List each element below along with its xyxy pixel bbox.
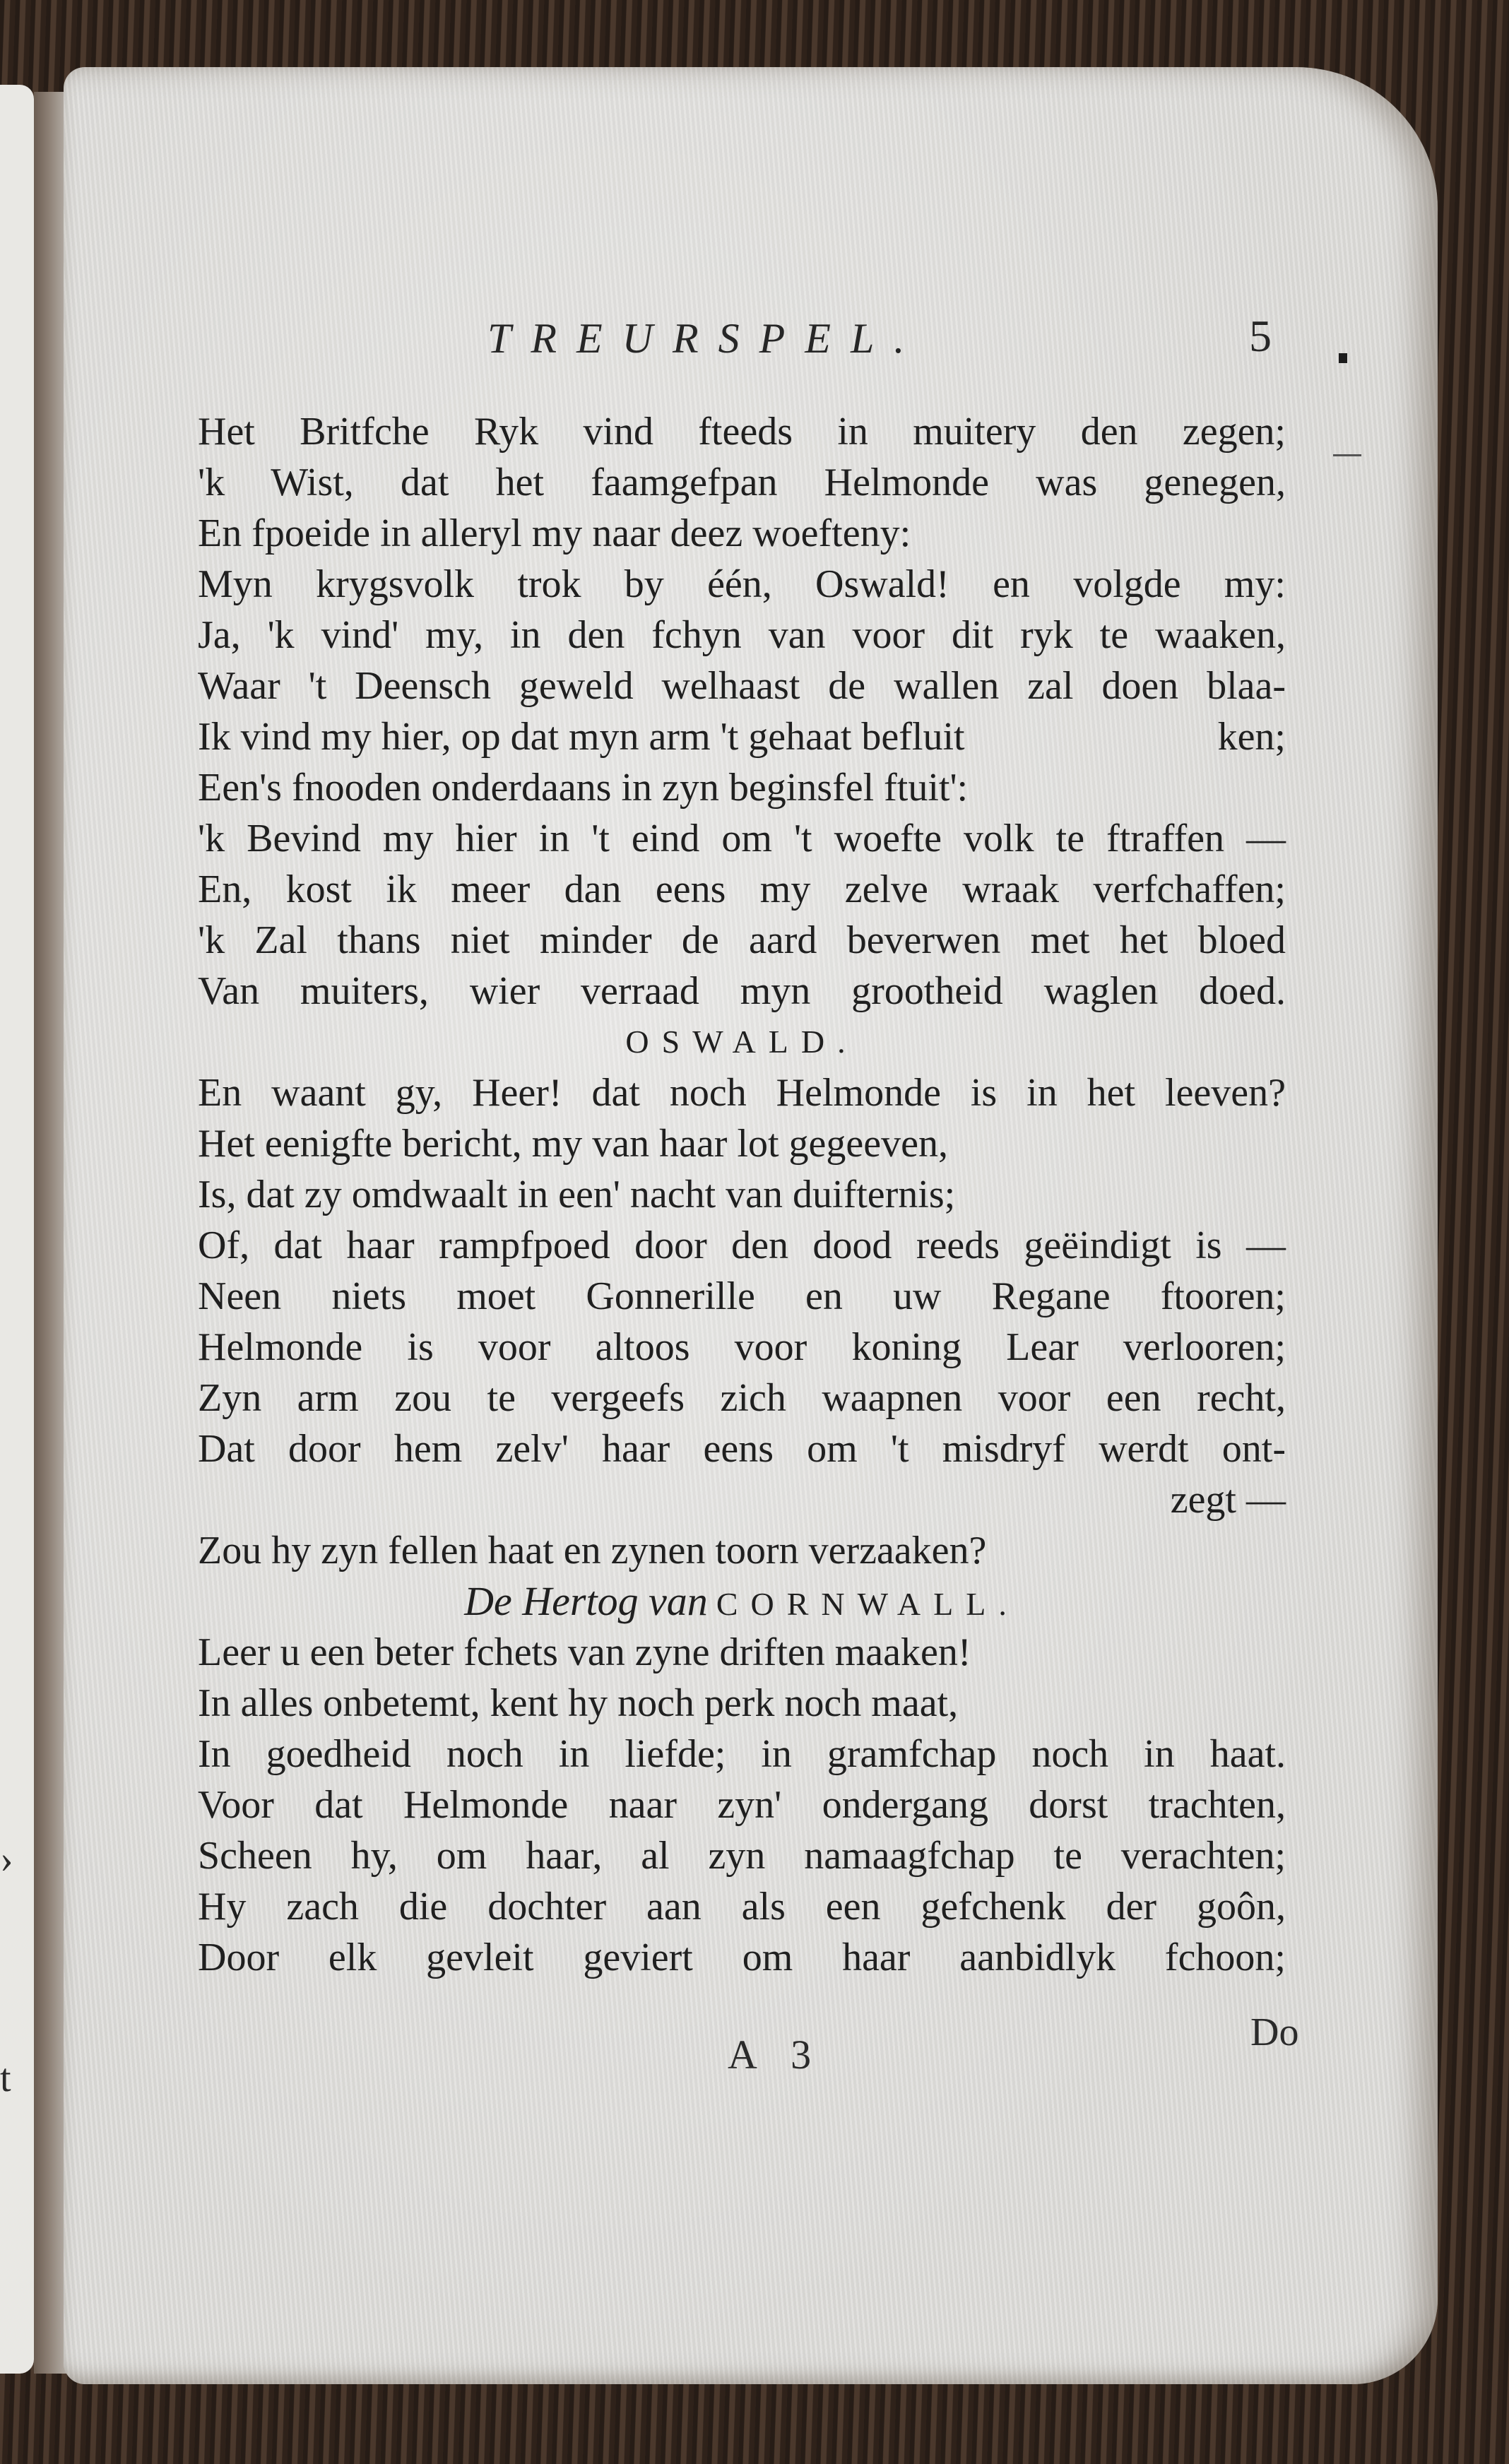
verse-line: In goedheid noch in liefde; in gramfchap… — [198, 1729, 1286, 1779]
margin-scratch — [1333, 454, 1361, 456]
verse-line: Waar 't Deensch geweld welhaast de walle… — [198, 661, 1286, 711]
verse-line: Scheen hy, om haar, al zyn namaagfchap t… — [198, 1830, 1286, 1881]
verse-line: Van muiters, wier verraad myn grootheid … — [198, 966, 1286, 1017]
verse-line: Het eenigfte bericht, my van haar lot ge… — [198, 1118, 1286, 1169]
verse-line-carryover: ken; — [1218, 711, 1286, 762]
verse-line: Of, dat haar rampfpoed door den dood ree… — [198, 1220, 1286, 1271]
verse-line: Dat door hem zelv' haar eens om 't misdr… — [198, 1423, 1286, 1474]
verse-line: Voor dat Helmonde naar zyn' ondergang do… — [198, 1779, 1286, 1830]
verse-line: Helmonde is voor altoos voor koning Lear… — [198, 1322, 1286, 1373]
book-page: TREURSPEL. 5 Het Britfche Ryk vind fteed… — [64, 67, 1438, 2384]
verse-line: Neen niets moet Gonnerille en uw Regane … — [198, 1271, 1286, 1322]
verse-line: 'k Bevind my hier in 't eind om 't woeft… — [198, 813, 1286, 864]
speaker-heading-cornwall: De Hertog vanCORNWALL. — [198, 1576, 1286, 1627]
speaker-heading-oswald: OSWALD. — [198, 1017, 1286, 1067]
page-number: 5 — [1249, 310, 1272, 362]
verse-line: 'k Zal thans niet minder de aard beverwe… — [198, 915, 1286, 966]
ink-speck — [1339, 353, 1347, 363]
verse-line: Door elk gevleit geviert om haar aanbidl… — [198, 1932, 1286, 1983]
verse-line-carryover: zegt — — [198, 1474, 1286, 1525]
facing-page-edge: › t — [0, 85, 34, 2374]
verse-line: Is, dat zy omdwaalt in een' nacht van du… — [198, 1169, 1286, 1220]
verse-line: Zyn arm zou te vergeefs zich waapnen voo… — [198, 1373, 1286, 1423]
verse-line: En, kost ik meer dan eens my zelve wraak… — [198, 864, 1286, 915]
verse-line: In alles onbetemt, kent hy noch perk noc… — [198, 1678, 1286, 1729]
facing-page-fragment: t — [0, 2056, 11, 2101]
verse-line: Ja, 'k vind' my, in den fchyn van voor d… — [198, 610, 1286, 661]
verse-text: Het Britfche Ryk vind fteeds in muitery … — [198, 406, 1286, 1983]
verse-line: Myn krygsvolk trok by één, Oswald! en vo… — [198, 559, 1286, 610]
verse-line: En fpoeide in alleryl my naar deez woeft… — [198, 508, 1286, 559]
speaker-title: De Hertog van — [464, 1578, 708, 1624]
verse-line: 'k Wist, dat het faamgefpan Helmonde was… — [198, 457, 1286, 508]
book-gutter — [34, 92, 68, 2374]
verse-line: Ik vind my hier, op dat myn arm 't gehaa… — [198, 711, 1286, 762]
running-title: TREURSPEL. — [487, 314, 924, 363]
verse-line: Hy zach die dochter aan als een gefchenk… — [198, 1881, 1286, 1932]
verse-line: Zou hy zyn fellen haat en zynen toorn ve… — [198, 1525, 1286, 1576]
speaker-name: CORNWALL. — [716, 1586, 1019, 1622]
verse-line: En waant gy, Heer! dat noch Helmonde is … — [198, 1067, 1286, 1118]
catchword: Do — [1250, 2010, 1298, 2055]
facing-page-fragment: › — [0, 1837, 13, 1882]
verse-line: Een's fnooden onderdaans in zyn beginsfe… — [198, 762, 1286, 813]
verse-line: Leer u een beter fchets van zyne driften… — [198, 1627, 1286, 1678]
signature-mark: A 3 — [728, 2031, 824, 2078]
verse-line: Het Britfche Ryk vind fteeds in muitery … — [198, 406, 1286, 457]
